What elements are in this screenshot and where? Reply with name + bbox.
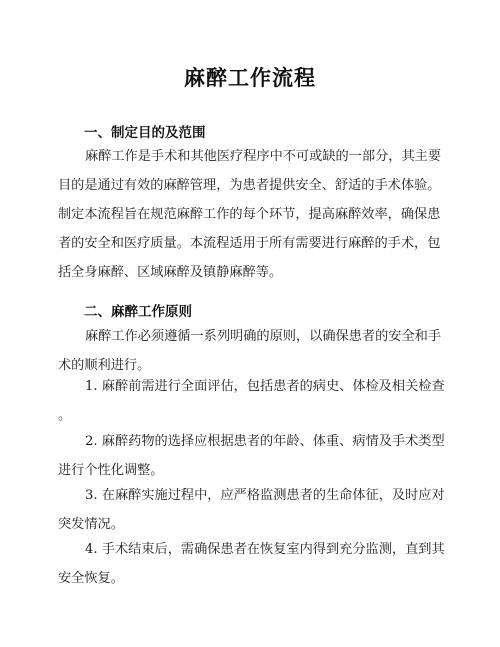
principle-item-4: 4. 手术结束后，需确保患者在恢复室内得到充分监测，直到其 安全恢复。 — [58, 535, 442, 593]
section-paragraph-purpose: 麻醉工作是手术和其他医疗程序中不可或缺的一部分，其主要 目的是通过有效的麻醉管理… — [58, 142, 442, 287]
paragraph-line: 麻醉工作必须遵循一系列明确的原则，以确保患者的安全和手 — [58, 322, 442, 351]
paragraph-line: 括全身麻醉、区域麻醉及镇静麻醉等。 — [58, 258, 442, 287]
section-heading-purpose: 一、制定目的及范围 — [84, 121, 206, 141]
item-line: 3. 在麻醉实施过程中，应严格监测患者的生命体征，及时应对 — [58, 481, 442, 510]
principle-item-2: 2. 麻醉药物的选择应根据患者的年龄、体重、病情及手术类型 进行个性化调整。 — [58, 427, 442, 485]
item-line: 安全恢复。 — [58, 564, 442, 593]
item-line: 。 — [58, 401, 442, 430]
item-line: 2. 麻醉药物的选择应根据患者的年龄、体重、病情及手术类型 — [58, 427, 442, 456]
principle-item-1: 1. 麻醉前需进行全面评估，包括患者的病史、体检及相关检查 。 — [58, 372, 442, 430]
paragraph-line: 目的是通过有效的麻醉管理，为患者提供安全、舒适的手术体验。 — [58, 171, 442, 200]
paragraph-line: 者的安全和医疗质量。本流程适用于所有需要进行麻醉的手术，包 — [58, 229, 442, 258]
document-title: 麻醉工作流程 — [0, 62, 500, 92]
principle-item-3: 3. 在麻醉实施过程中，应严格监测患者的生命体征，及时应对 突发情况。 — [58, 481, 442, 539]
item-line: 4. 手术结束后，需确保患者在恢复室内得到充分监测，直到其 — [58, 535, 442, 564]
item-line: 1. 麻醉前需进行全面评估，包括患者的病史、体检及相关检查 — [58, 372, 442, 401]
section-heading-principles: 二、麻醉工作原则 — [84, 300, 192, 320]
paragraph-line: 麻醉工作是手术和其他医疗程序中不可或缺的一部分，其主要 — [58, 142, 442, 171]
paragraph-line: 制定本流程旨在规范麻醉工作的每个环节，提高麻醉效率，确保患 — [58, 200, 442, 229]
